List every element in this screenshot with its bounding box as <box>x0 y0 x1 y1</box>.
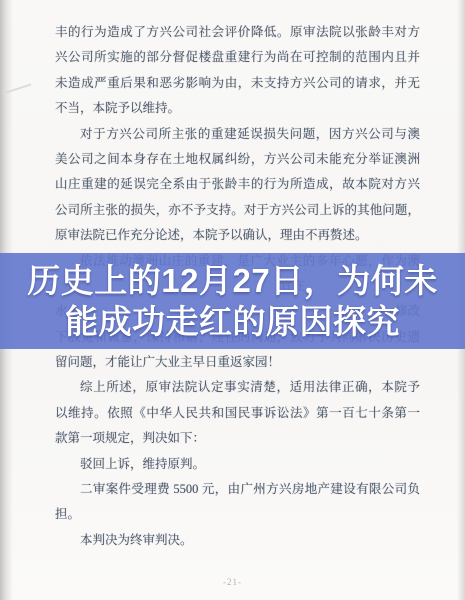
document-line: 以维持。依照《中华人民共和国民事诉讼法》第一百七十条第一 <box>55 401 420 426</box>
document-line: 原审法院已作充分论述，本院予以确认，理由不再赘述。 <box>55 223 420 248</box>
headline-line1: 历史上的12月27日，为何未 <box>27 260 437 301</box>
document-line: 本判决为终审判决。 <box>55 528 420 553</box>
document-line: 不当，本院予以维持。 <box>55 96 420 121</box>
page-number: -21- <box>0 577 465 587</box>
document-line: 公司所主张的损失，亦不予支持。对于方兴公司上诉的其他问题， <box>55 198 420 223</box>
headline-overlay: 历史上的12月27日，为何未 能成功走红的原因探究 <box>0 253 465 349</box>
document-line: 对于方兴公司所主张的重建延误损失问题，因方兴公司与澳 <box>55 122 420 147</box>
document-line: 担。 <box>55 502 420 527</box>
document-line: 美公司之间本身存在土地权属纠纷，方兴公司未能充分举证澳洲 <box>55 147 420 172</box>
document-line: 丰的行为造成了方兴公司社会评价降低。原审法院以张龄丰对方 <box>55 20 420 45</box>
document-line: 综上所述，原审法院认定事实清楚，适用法律正确，本院予 <box>55 375 420 400</box>
document-line: 二审案件受理费 5500 元，由广州方兴房地产建设有限公司负 <box>55 477 420 502</box>
document-line: 山庄重建的延误完全系由于张龄丰的行为所造成，故本院对方兴 <box>55 172 420 197</box>
document-line: 驳回上诉，维持原判。 <box>55 452 420 477</box>
screenshot-root: 丰的行为造成了方兴公司社会评价降低。原审法院以张龄丰对方兴公司所实施的部分督促楼… <box>0 0 465 600</box>
document-line: 兴公司所实施的部分督促楼盘重建行为尚在可控制的范围内且并 <box>55 45 420 70</box>
document-line: 未造成严重后果和恶劣影响为由，未支持方兴公司的请求，并无 <box>55 71 420 96</box>
document-line: 留问题，才能让广大业主早日重返家园！ <box>55 350 420 375</box>
headline-line2: 能成功走红的原因探究 <box>65 301 400 342</box>
document-line: 款第一项规定，判决如下： <box>55 426 420 451</box>
